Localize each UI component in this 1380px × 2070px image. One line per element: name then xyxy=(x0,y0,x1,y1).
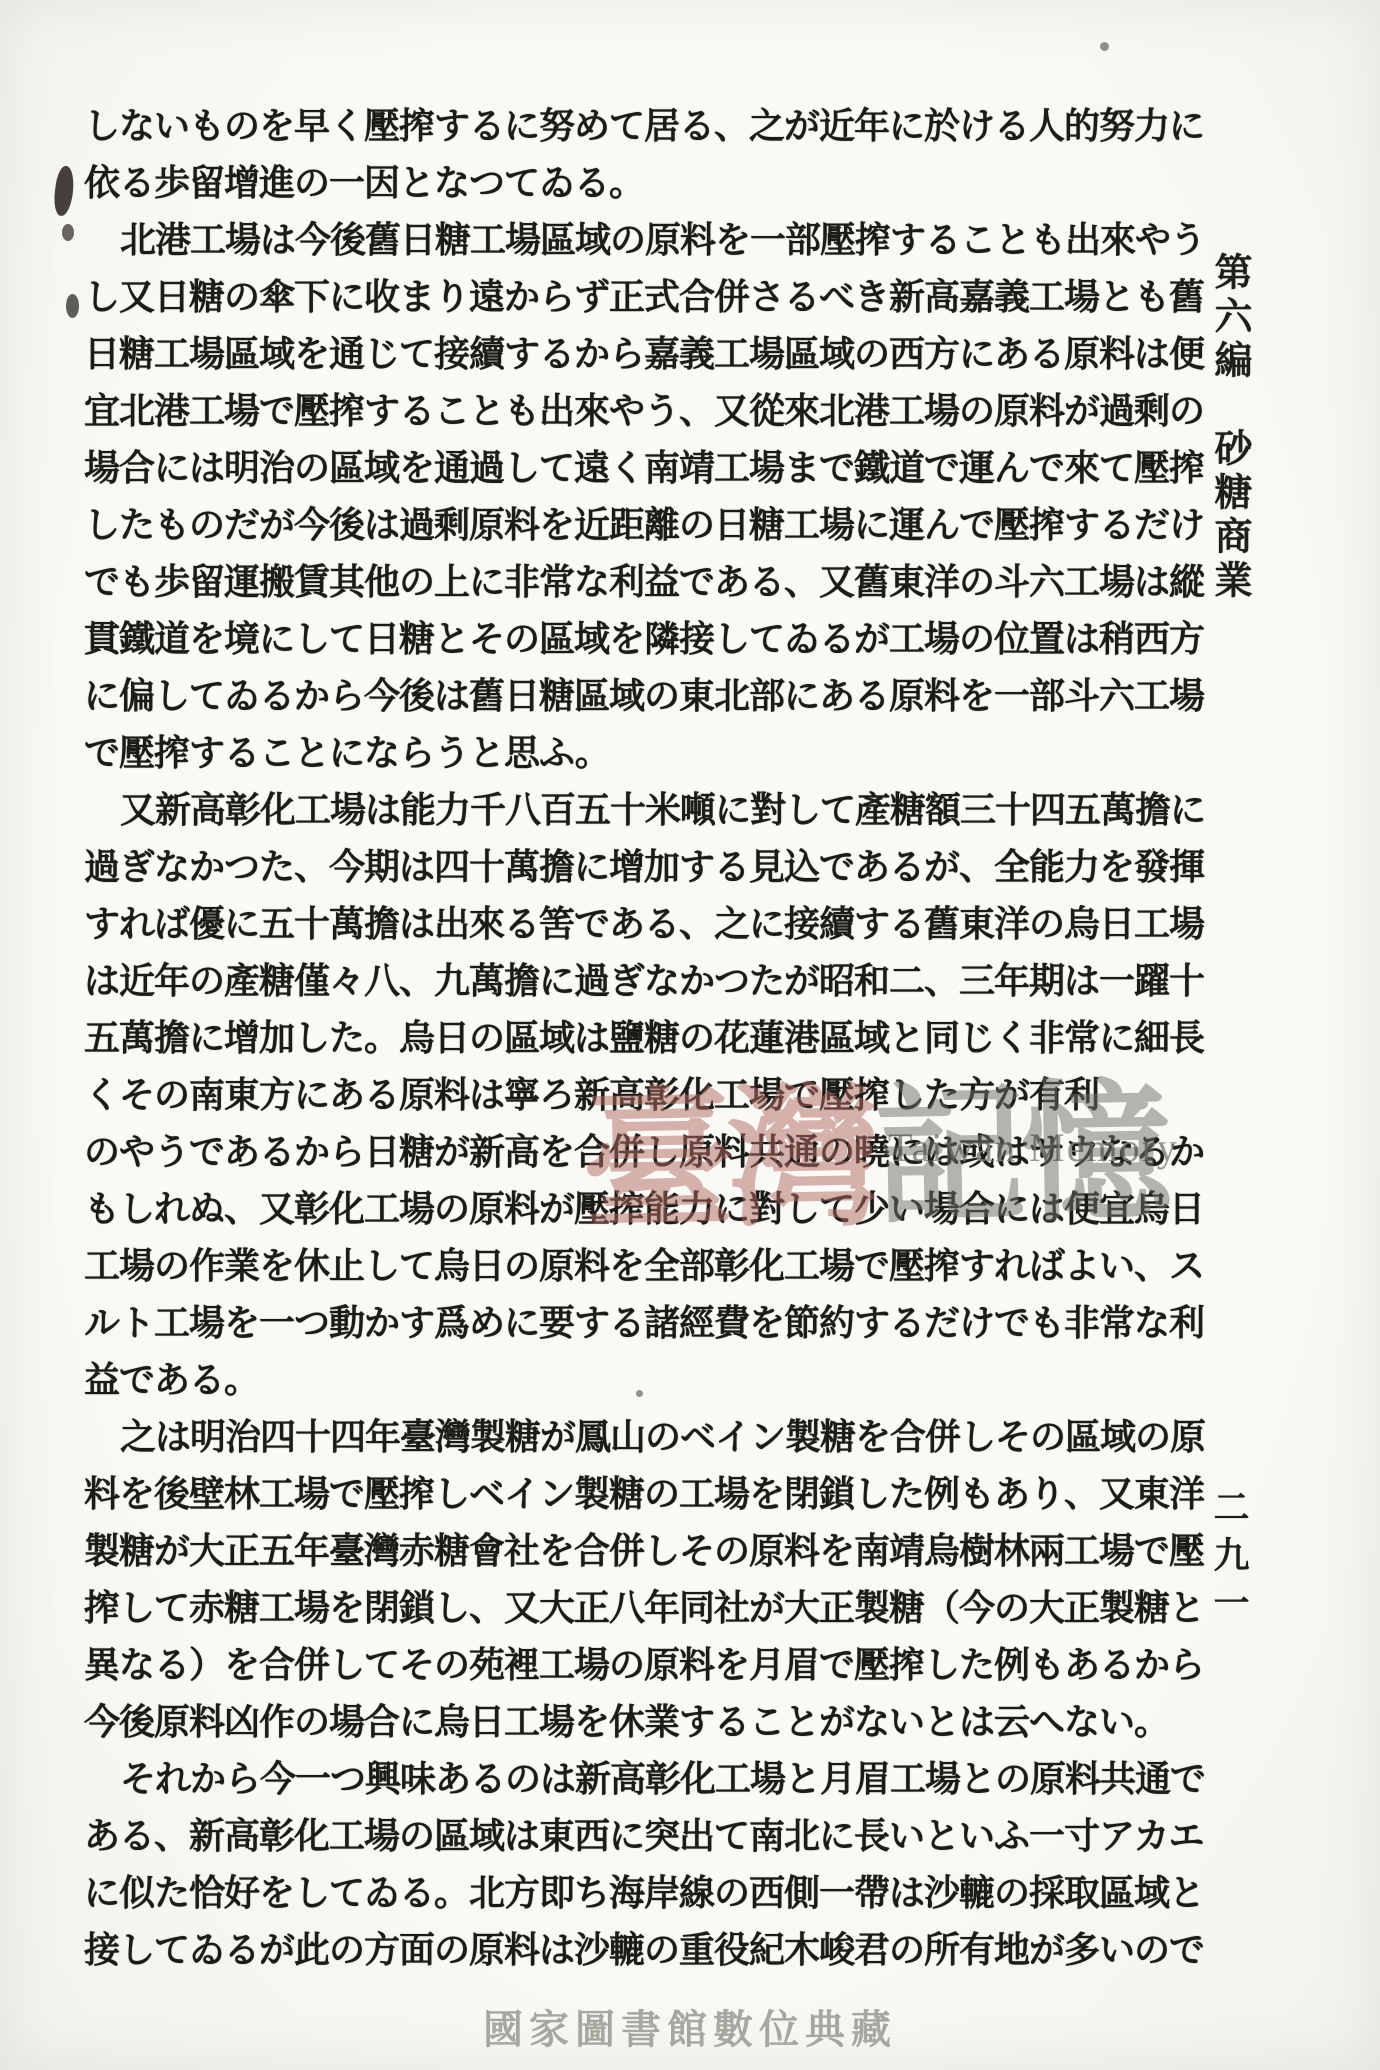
digital-archive-caption: 國家圖書館數位典藏 xyxy=(0,1998,1380,2055)
scanned-book-page: しないものを早く壓搾するに努めて居る、之が近年に於ける人的努力に 依る歩留增進の… xyxy=(0,0,1380,2070)
text-line: 依る歩留增進の一因となつてゐる。 xyxy=(84,155,1184,212)
ink-speck xyxy=(66,294,79,318)
text-line: で壓搾することにならうと思ふ。 xyxy=(84,725,1184,782)
text-line: 工場の作業を休止して烏日の原料を全部彰化工場で壓搾すればよい、ス xyxy=(84,1238,1184,1295)
text-line: 異なる）を合併してその苑裡工場の原料を月眉で壓搾した例もあるから xyxy=(84,1637,1184,1694)
text-line: し又日糖の傘下に收まり遠からず正式合併さるべき新高嘉義工場とも舊 xyxy=(84,269,1184,326)
ink-speck xyxy=(1100,42,1109,51)
ink-speck xyxy=(636,1390,643,1397)
text-line: に似た恰好をしてゐる。北方即ち海岸線の西側一帶は沙轆の採取區域と xyxy=(84,1865,1184,1922)
text-line: 搾して赤糖工場を閉鎖し、又大正八年同社が大正製糖（今の大正製糖と xyxy=(84,1580,1184,1637)
text-line: 之は明治四十四年臺灣製糖が鳳山のベイン製糖を合併しその區域の原 xyxy=(84,1409,1184,1466)
text-line: 益である。 xyxy=(84,1352,1184,1409)
body-text-column: しないものを早く壓搾するに努めて居る、之が近年に於ける人的努力に 依る歩留增進の… xyxy=(84,98,1184,1979)
text-line: 宜北港工場で壓搾することも出來やう、又從來北港工場の原料が過剩の xyxy=(84,383,1184,440)
text-line: 料を後壁林工場で壓搾しベイン製糖の工場を閉鎖した例もあり、又東洋 xyxy=(84,1466,1184,1523)
text-line: は近年の產糖僅々八、九萬擔に過ぎなかつたが昭和二、三年期は一躍十 xyxy=(84,953,1184,1010)
text-line: でも歩留運搬賃其他の上に非常な利益である、又舊東洋の斗六工場は縱 xyxy=(84,554,1184,611)
text-line: 製糖が大正五年臺灣赤糖會社を合併しその原料を南靖烏樹林兩工場で壓 xyxy=(84,1523,1184,1580)
text-line: 五萬擔に增加した。烏日の區域は鹽糖の花蓮港區域と同じく非常に細長 xyxy=(84,1010,1184,1067)
text-line: のやうであるから日糖が新高を合併し原料共通の曉には或はサウなるか xyxy=(84,1124,1184,1181)
page-number: 二九一 xyxy=(1204,1488,1255,1632)
text-line: 場合には明治の區域を通過して遠く南靖工場まで鐵道で運んで來て壓搾 xyxy=(84,440,1184,497)
text-line: すれば優に五十萬擔は出來る筈である、之に接續する舊東洋の烏日工場 xyxy=(84,896,1184,953)
text-line: 貫鐵道を境にして日糖とその區域を隣接してゐるが工場の位置は稍西方 xyxy=(84,611,1184,668)
text-line: くその南東方にある原料は寧ろ新高彰化工場で壓搾した方が有利 xyxy=(84,1067,1184,1124)
text-line: ある、新高彰化工場の區域は東西に突出て南北に長いといふ一寸アカエ xyxy=(84,1808,1184,1865)
text-line: しないものを早く壓搾するに努めて居る、之が近年に於ける人的努力に xyxy=(84,98,1184,155)
text-line: 日糖工場區域を通じて接續するから嘉義工場區域の西方にある原料は便 xyxy=(84,326,1184,383)
text-line: もしれぬ、又彰化工場の原料が壓搾能力に對して少い場合には便宜烏日 xyxy=(84,1181,1184,1238)
text-line: 接してゐるが此の方面の原料は沙轆の重役紀木峻君の所有地が多いので xyxy=(84,1922,1184,1979)
ink-speck xyxy=(52,165,76,217)
text-line: それから今一つ興味あるのは新高彰化工場と月眉工場との原料共通で xyxy=(84,1751,1184,1808)
text-line: 今後原料凶作の場合に烏日工場を休業することがないとは云へない。 xyxy=(84,1694,1184,1751)
text-line: 過ぎなかつた、今期は四十萬擔に增加する見込であるが、全能力を發揮 xyxy=(84,839,1184,896)
text-line: ルト工場を一つ動かす爲めに要する諸經費を節約するだけでも非常な利 xyxy=(84,1295,1184,1352)
text-line: 北港工場は今後舊日糖工場區域の原料を一部壓搾することも出來やう xyxy=(84,212,1184,269)
chapter-margin-caption: 第六編 砂糖商業 xyxy=(1202,252,1257,604)
ink-speck xyxy=(62,224,74,241)
text-line: に偏してゐるから今後は舊日糖區域の東北部にある原料を一部斗六工場 xyxy=(84,668,1184,725)
text-line: 又新高彰化工場は能力千八百五十米噸に對して產糖額三十四五萬擔に xyxy=(84,782,1184,839)
text-line: したものだが今後は過剩原料を近距離の日糖工場に運んで壓搾するだけ xyxy=(84,497,1184,554)
